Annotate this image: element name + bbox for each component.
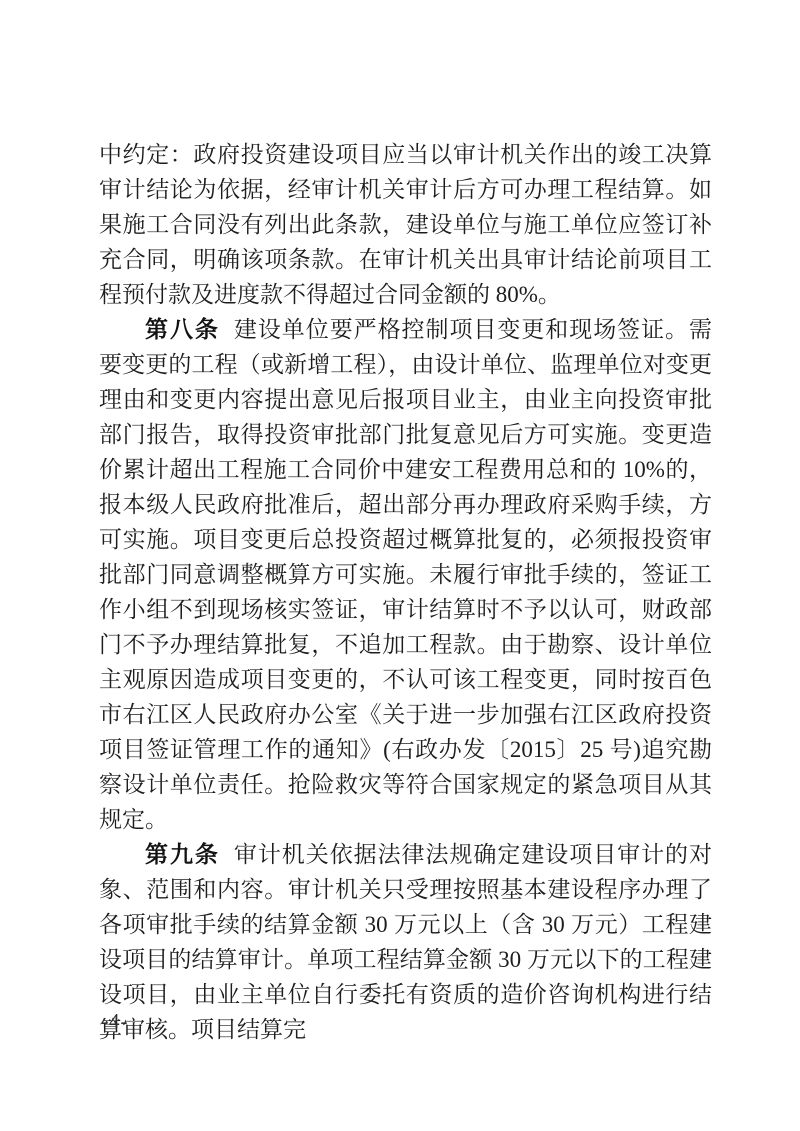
page-number: -4- (101, 1006, 129, 1036)
document-body: 中约定：政府投资建设项目应当以审计机关作出的竣工决算审计结论为依据，经审计机关审… (99, 137, 712, 1047)
document-page: 中约定：政府投资建设项目应当以审计机关作出的竣工决算审计结论为依据，经审计机关审… (0, 0, 800, 1131)
article-8-label: 第八条 (145, 316, 220, 342)
paragraph-text: 审计机关依据法律法规确定建设项目审计的对象、范围和内容。审计机关只受理按照基本建… (99, 842, 712, 1042)
paragraph-article-8: 第八条建设单位要严格控制项目变更和现场签证。需要变更的工程（或新增工程），由设计… (99, 312, 712, 837)
article-9-label: 第九条 (145, 841, 220, 867)
paragraph-text: 建设单位要严格控制项目变更和现场签证。需要变更的工程（或新增工程），由设计单位、… (99, 317, 712, 832)
paragraph-continuation: 中约定：政府投资建设项目应当以审计机关作出的竣工决算审计结论为依据，经审计机关审… (99, 137, 712, 312)
paragraph-article-9: 第九条审计机关依据法律法规确定建设项目审计的对象、范围和内容。审计机关只受理按照… (99, 837, 712, 1047)
paragraph-text: 中约定：政府投资建设项目应当以审计机关作出的竣工决算审计结论为依据，经审计机关审… (99, 142, 712, 307)
